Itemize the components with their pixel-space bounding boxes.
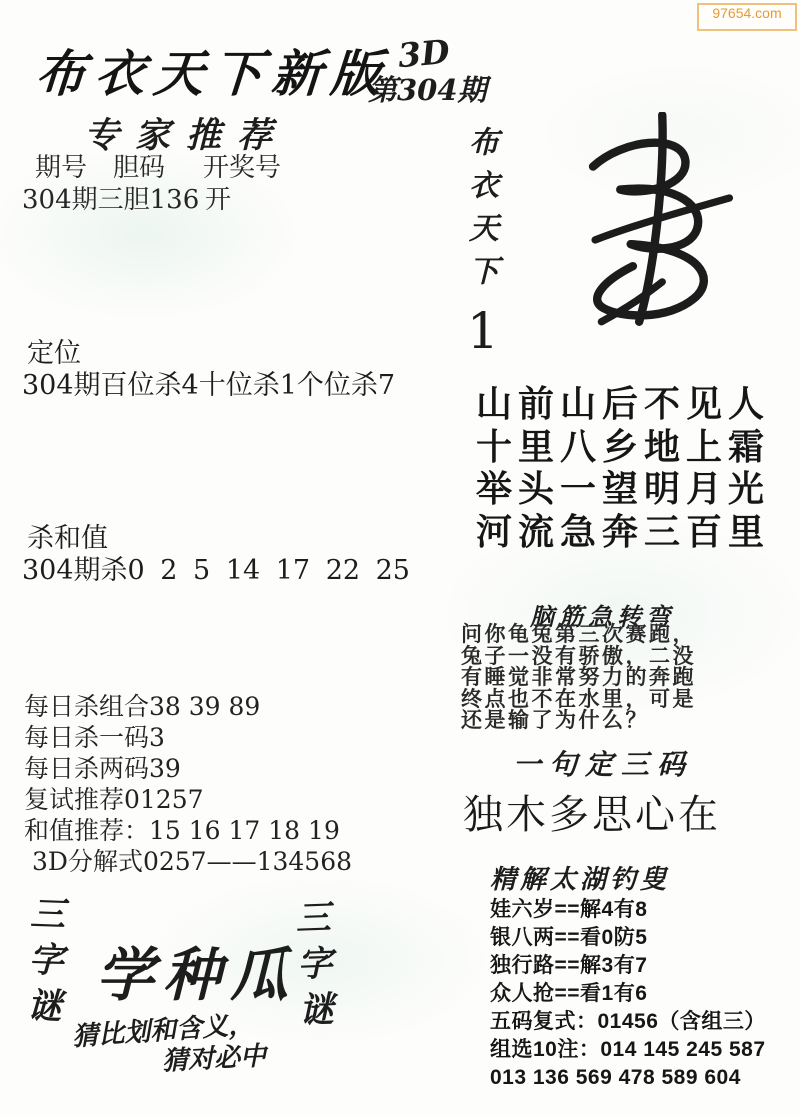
taihu-line: 银八两==看0防5 <box>490 924 766 952</box>
daily-kill-two: 每日杀两码39 <box>24 753 352 784</box>
brain-teaser-line: 兔子一没有骄傲，二没 <box>461 645 696 667</box>
three-char-riddle-answer: 学种瓜 <box>96 928 297 1012</box>
decomposition-formula: 3D分解式0257——134568 <box>24 846 352 877</box>
taihu-group-select-line2: 013 136 569 478 589 604 <box>490 1064 766 1092</box>
taihu-line: 娃六岁==解4有8 <box>490 896 766 924</box>
issue-number: 第304期 <box>368 68 487 109</box>
poem-line: 山前山后不见人 <box>476 383 770 426</box>
one-phrase-three-codes-title: 一句定三码 <box>513 743 693 783</box>
poem-line: 举头一望明月光 <box>476 468 770 511</box>
taihu-line: 众人抢==看1有6 <box>490 980 766 1008</box>
daily-kill-combo: 每日杀组合38 39 89 <box>24 691 352 722</box>
taihu-group-select-line1: 组选10注：014 145 245 587 <box>490 1036 766 1064</box>
brain-teaser-line: 还是输了为什么？ <box>461 709 696 731</box>
brain-teaser-line: 终点也不在水里，可是 <box>461 688 696 710</box>
brand-number: 1 <box>467 302 499 360</box>
poem-line: 河流急奔三百里 <box>476 511 770 554</box>
taihu-analysis-title: 精解太湖钓叟 <box>490 859 670 896</box>
brand-vertical-name: 布衣天下 <box>458 126 502 298</box>
main-title: 布衣天下新版 <box>33 34 392 106</box>
buyi-monogram-logo-icon <box>578 112 736 331</box>
daily-kill-one: 每日杀一码3 <box>24 722 352 753</box>
site-watermark: 97654.com <box>697 3 797 31</box>
row-issue-danma: 304期三胆136 <box>22 179 199 216</box>
riddle-hint-line2: 猜对必中 <box>161 1035 267 1077</box>
daily-kill-block: 每日杀组合38 39 89 每日杀一码3 每日杀两码39 复试推荐01257 和… <box>24 691 352 877</box>
row-draw-open: 开 <box>205 179 231 216</box>
one-phrase-three-codes-text: 独木多思心在 <box>463 783 721 840</box>
duplex-recommend: 复试推荐01257 <box>24 784 352 815</box>
taihu-analysis-block: 娃六岁==解4有8 银八两==看0防5 独行路==解3有7 众人抢==看1有6 … <box>490 896 766 1092</box>
taihu-line: 独行路==解3有7 <box>490 952 766 980</box>
poem-line: 十里八乡地上霜 <box>476 426 770 469</box>
taihu-five-code-duplex: 五码复式：01456（含组三） <box>490 1008 766 1036</box>
sheet-page: 97654.com 布衣天下新版 3D 第304期 专家推荐 期号 胆码 开奖号… <box>0 0 800 1116</box>
brain-teaser-body: 问你龟兔第三次赛跑， 兔子一没有骄傲，二没 有睡觉非常努力的奔跑 终点也不在水里… <box>461 623 696 731</box>
three-char-riddle-right-label: 三字谜 <box>291 898 334 1037</box>
positioning-kill-line: 304期百位杀4十位杀1个位杀7 <box>22 363 395 402</box>
three-char-riddle-left-label: 三字谜 <box>22 894 65 1033</box>
brain-teaser-line: 问你龟兔第三次赛跑， <box>461 623 696 645</box>
poem-block: 山前山后不见人 十里八乡地上霜 举头一望明月光 河流急奔三百里 <box>476 383 770 553</box>
sum-recommend: 和值推荐：15 16 17 18 19 <box>24 815 352 846</box>
brain-teaser-line: 有睡觉非常努力的奔跑 <box>461 666 696 688</box>
kill-sum-values: 304期杀0 2 5 14 17 22 25 <box>22 548 410 587</box>
